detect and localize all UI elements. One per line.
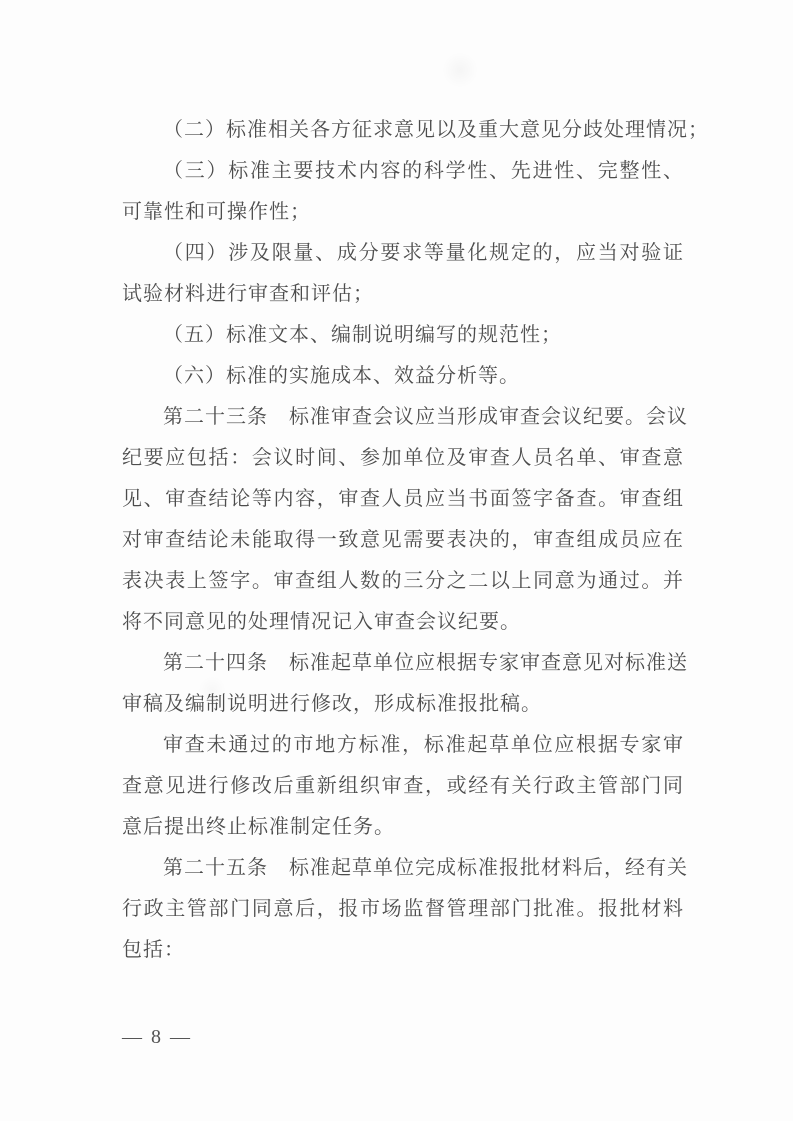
text-line: 第二十四条 标准起草单位应根据专家审查意见对标准送: [122, 643, 684, 684]
text-line: （五）标准文本、编制说明编写的规范性；: [122, 315, 684, 356]
page-number: — 8 —: [122, 1017, 192, 1058]
text-line: 审查未通过的市地方标准，标准起草单位应根据专家审: [122, 725, 684, 766]
document-page: （二）标准相关各方征求意见以及重大意见分歧处理情况；（三）标准主要技术内容的科学…: [0, 0, 793, 1121]
paragraph: （二）标准相关各方征求意见以及重大意见分歧处理情况；: [122, 110, 684, 151]
text-line: （六）标准的实施成本、效益分析等。: [122, 356, 684, 397]
text-line: 试验材料进行审查和评估；: [122, 274, 684, 315]
text-line: 行政主管部门同意后，报市场监督管理部门批准。报批材料: [122, 889, 684, 930]
paragraph: （六）标准的实施成本、效益分析等。: [122, 356, 684, 397]
text-line: 纪要应包括：会议时间、参加单位及审查人员名单、审查意: [122, 438, 684, 479]
text-line: （三）标准主要技术内容的科学性、先进性、完整性、: [122, 151, 684, 192]
text-line: 见、审查结论等内容，审查人员应当书面签字备查。审查组: [122, 479, 684, 520]
text-line: （四）涉及限量、成分要求等量化规定的，应当对验证: [122, 233, 684, 274]
text-line: 对审查结论未能取得一致意见需要表决的，审查组成员应在: [122, 520, 684, 561]
paragraph: 第二十三条 标准审查会议应当形成审查会议纪要。会议纪要应包括：会议时间、参加单位…: [122, 397, 684, 643]
text-line: 包括：: [122, 930, 684, 971]
text-line: 查意见进行修改后重新组织审查，或经有关行政主管部门同: [122, 766, 684, 807]
document-body: （二）标准相关各方征求意见以及重大意见分歧处理情况；（三）标准主要技术内容的科学…: [122, 110, 684, 971]
paragraph: （四）涉及限量、成分要求等量化规定的，应当对验证试验材料进行审查和评估；: [122, 233, 684, 315]
text-line: 审稿及编制说明进行修改，形成标准报批稿。: [122, 684, 684, 725]
paragraph: 第二十五条 标准起草单位完成标准报批材料后，经有关行政主管部门同意后，报市场监督…: [122, 848, 684, 971]
text-line: 第二十三条 标准审查会议应当形成审查会议纪要。会议: [122, 397, 684, 438]
paragraph: （五）标准文本、编制说明编写的规范性；: [122, 315, 684, 356]
paragraph: 第二十四条 标准起草单位应根据专家审查意见对标准送审稿及编制说明进行修改，形成标…: [122, 643, 684, 725]
text-line: 第二十五条 标准起草单位完成标准报批材料后，经有关: [122, 848, 684, 889]
text-line: 将不同意见的处理情况记入审查会议纪要。: [122, 602, 684, 643]
text-line: 表决表上签字。审查组人数的三分之二以上同意为通过。并: [122, 561, 684, 602]
text-line: （二）标准相关各方征求意见以及重大意见分歧处理情况；: [122, 110, 684, 151]
paragraph: 审查未通过的市地方标准，标准起草单位应根据专家审查意见进行修改后重新组织审查，或…: [122, 725, 684, 848]
text-line: 可靠性和可操作性；: [122, 192, 684, 233]
text-line: 意后提出终止标准制定任务。: [122, 807, 684, 848]
paragraph: （三）标准主要技术内容的科学性、先进性、完整性、可靠性和可操作性；: [122, 151, 684, 233]
